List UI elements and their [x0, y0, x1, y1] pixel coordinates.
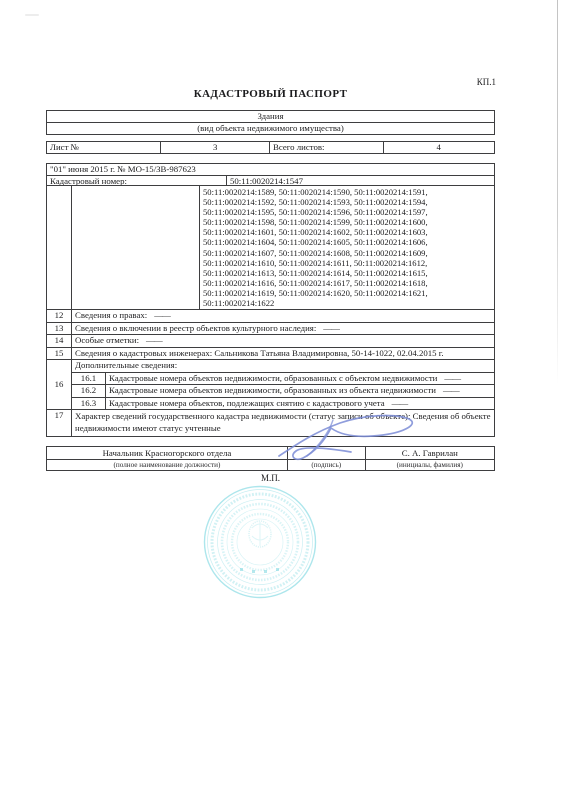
signature-cell [287, 447, 365, 459]
empty-value-dash: —— [323, 323, 339, 333]
sub-row-text: Кадастровые номера объектов недвижимости… [105, 373, 494, 385]
table-row-16-1: 16.1 Кадастровые номера объектов недвижи… [72, 372, 494, 385]
numbers-line: 50:11:0020214:1589, 50:11:0020214:1590, … [203, 187, 491, 197]
numbers-line: 50:11:0020214:1592, 50:11:0020214:1593, … [203, 197, 491, 207]
table-row-16-3: 16.3 Кадастровые номера объектов, подлеж… [72, 397, 494, 410]
row-label: Кадастровые номера объектов недвижимости… [109, 373, 437, 383]
sub-row-number: 16.1 [72, 373, 105, 385]
numbers-line: 50:11:0020214:1595, 50:11:0020214:1596, … [203, 207, 491, 217]
seal-place-mark: М.П. [46, 473, 495, 483]
row-label: Сведения о включении в реестр объектов к… [75, 323, 316, 333]
registration-table: "01" июня 2015 г. № МО-15/ЗВ-987623 Када… [46, 163, 495, 188]
empty-value-dash: —— [392, 398, 408, 408]
row-16-content: Дополнительные сведения: 16.1 Кадастровы… [71, 360, 494, 409]
empty-value-dash: —— [154, 310, 170, 320]
numbers-line: 50:11:0020214:1613, 50:11:0020214:1614, … [203, 268, 491, 278]
row-number: 16 [47, 360, 71, 409]
signature-table: Начальник Красногорского отдела С. А. Га… [46, 446, 495, 471]
page-title: КАДАСТРОВЫЙ ПАСПОРТ [46, 88, 495, 100]
empty-value-dash: —— [443, 385, 459, 395]
table-row-13: 13 Сведения о включении в реестр объекто… [47, 322, 494, 335]
row-15-text: Сведения о кадастровых инженерах: Сальни… [71, 348, 494, 360]
row-number: 13 [47, 323, 71, 335]
row-number: 12 [47, 310, 71, 322]
empty-value-dash: —— [444, 373, 460, 383]
sub-row-number: 16.2 [72, 385, 105, 397]
sheet-total-label: Всего листов: [269, 142, 383, 153]
row-number: 14 [47, 335, 71, 347]
numbers-line: 50:11:0020214:1607, 50:11:0020214:1608, … [203, 248, 491, 258]
position-caption: (полное наименование должности) [47, 460, 287, 470]
related-numbers-list: 50:11:0020214:1589, 50:11:0020214:1590, … [199, 186, 494, 309]
object-type-caption: (вид объекта недвижимого имущества) [47, 123, 494, 134]
row-17-text: Характер сведений государственного кадас… [71, 410, 494, 436]
related-numbers-label-cell [71, 186, 199, 309]
object-type-table: Здания (вид объекта недвижимого имуществ… [46, 110, 495, 135]
row-number: 17 [47, 410, 71, 436]
official-position: Начальник Красногорского отдела [47, 447, 287, 459]
numbers-line: 50:11:0020214:1598, 50:11:0020214:1599, … [203, 217, 491, 227]
row-number: 15 [47, 348, 71, 360]
registration-date-line: "01" июня 2015 г. № МО-15/ЗВ-987623 [47, 164, 494, 175]
table-row-17: 17 Характер сведений государственного ка… [47, 409, 494, 436]
official-seal-stamp [202, 484, 318, 600]
table-row-16: 16 Дополнительные сведения: 16.1 Кадастр… [47, 359, 494, 409]
table-row-15: 15 Сведения о кадастровых инженерах: Сал… [47, 347, 494, 360]
numbers-line: 50:11:0020214:1601, 50:11:0020214:1602, … [203, 227, 491, 237]
row-13-text: Сведения о включении в реестр объектов к… [71, 323, 494, 335]
scan-artifact [25, 14, 39, 16]
sub-row-number: 16.3 [72, 398, 105, 410]
page-edge-shadow [557, 0, 558, 385]
table-row-14: 14 Особые отметки:—— [47, 334, 494, 347]
object-type-value: Здания [47, 111, 494, 122]
related-numbers-num-cell [47, 186, 71, 309]
official-name: С. А. Гаврилан [365, 447, 494, 459]
table-row-16-2: 16.2 Кадастровые номера объектов недвижи… [72, 384, 494, 397]
sheet-table: Лист № 3 Всего листов: 4 [46, 141, 495, 154]
sheet-label: Лист № [47, 142, 160, 153]
numbers-line: 50:11:0020214:1619, 50:11:0020214:1620, … [203, 288, 491, 298]
form-code: КП.1 [430, 77, 496, 87]
signature-caption: (подпись) [287, 460, 365, 470]
row-label: Кадастровые номера объектов, подлежащих … [109, 398, 385, 408]
sub-row-text: Кадастровые номера объектов недвижимости… [105, 385, 494, 397]
sheet-number: 3 [160, 142, 269, 153]
sheet-total: 4 [383, 142, 495, 153]
row-label: Особые отметки: [75, 335, 139, 345]
numbers-line: 50:11:0020214:1622 [203, 298, 491, 308]
sub-row-text: Кадастровые номера объектов, подлежащих … [105, 398, 494, 410]
numbers-line: 50:11:0020214:1610, 50:11:0020214:1611, … [203, 258, 491, 268]
row-label: Кадастровые номера объектов недвижимости… [109, 385, 436, 395]
name-caption: (инициалы, фамилия) [365, 460, 494, 470]
cadastral-passport-page: КП.1 КАДАСТРОВЫЙ ПАСПОРТ Здания (вид объ… [0, 0, 566, 800]
numbers-line: 50:11:0020214:1604, 50:11:0020214:1605, … [203, 237, 491, 247]
row-label: Сведения о правах: [75, 310, 147, 320]
main-table: 50:11:0020214:1589, 50:11:0020214:1590, … [46, 185, 495, 437]
row-14-text: Особые отметки:—— [71, 335, 494, 347]
row-16-header: Дополнительные сведения: [72, 360, 494, 372]
table-row-12: 12 Сведения о правах:—— [47, 309, 494, 322]
related-numbers-row: 50:11:0020214:1589, 50:11:0020214:1590, … [47, 186, 494, 309]
numbers-line: 50:11:0020214:1616, 50:11:0020214:1617, … [203, 278, 491, 288]
row-12-text: Сведения о правах:—— [71, 310, 494, 322]
empty-value-dash: —— [146, 335, 162, 345]
